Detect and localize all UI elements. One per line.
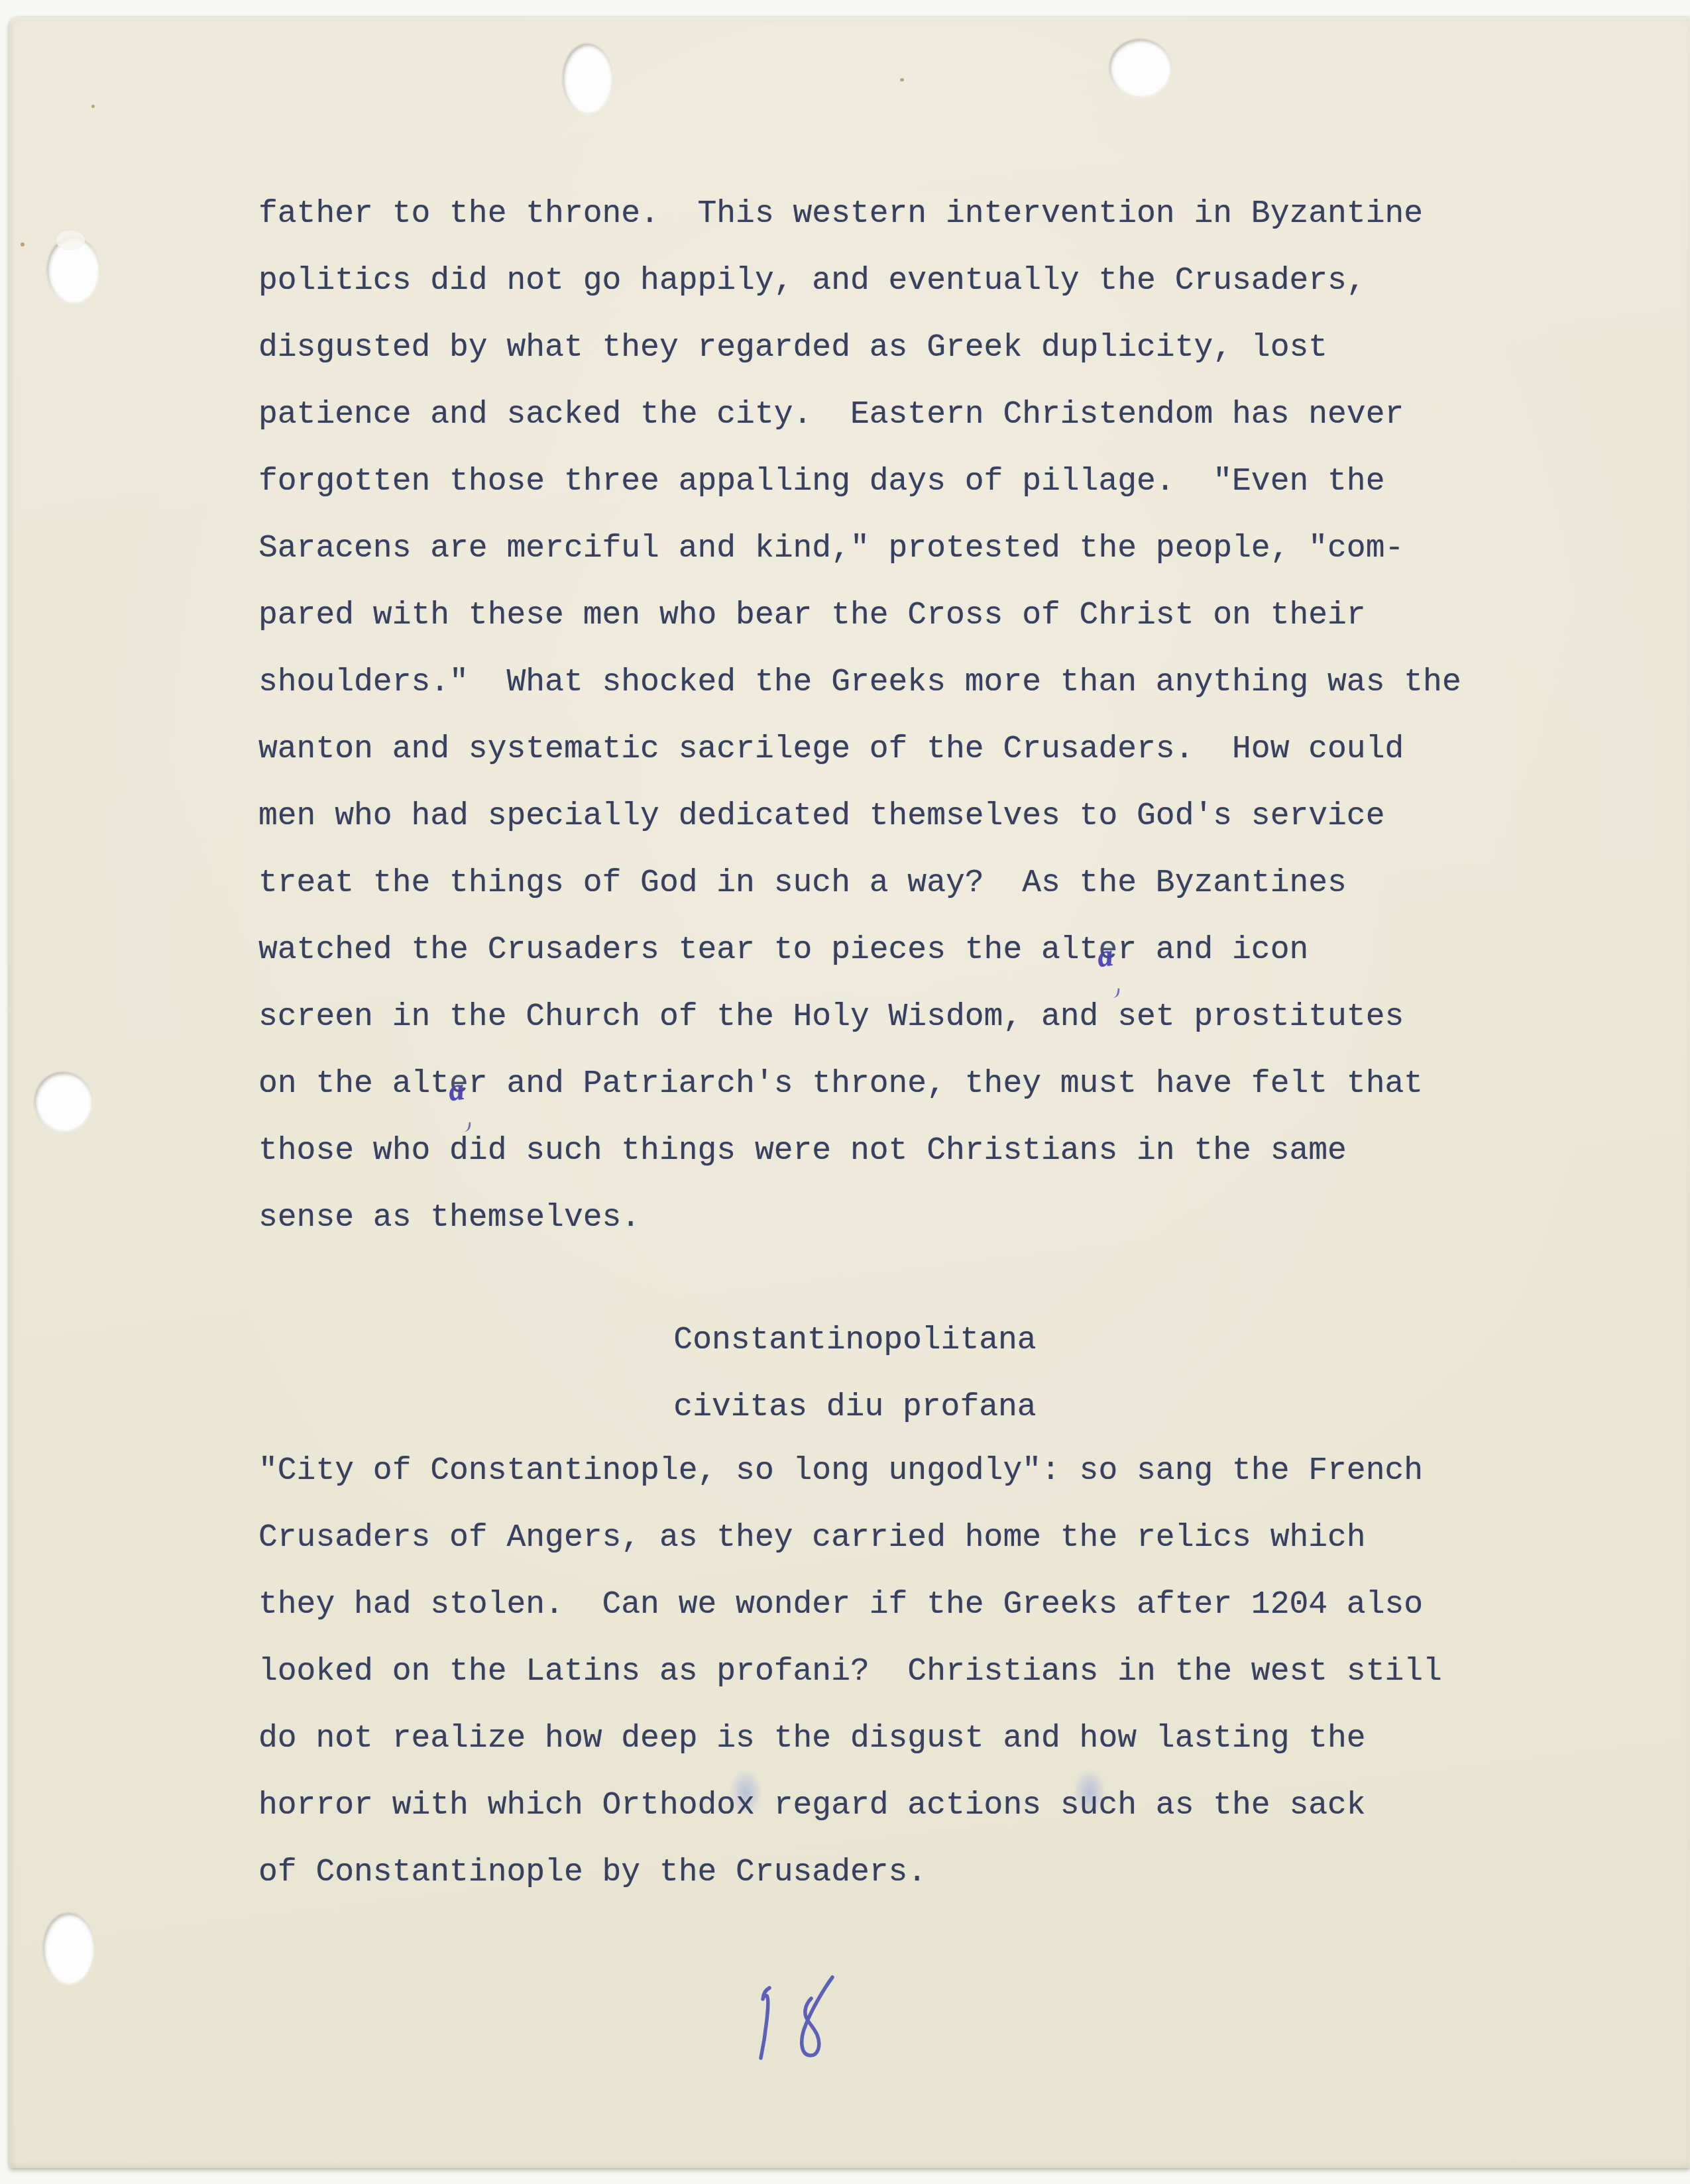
- paper-speck: [21, 243, 25, 246]
- typewritten-line: Crusaders of Angers, as they carried hom…: [258, 1505, 1518, 1572]
- typewritten-line: of Constantinople by the Crusaders.: [258, 1839, 1518, 1906]
- typewritten-line: disgusted by what they regarded as Greek…: [258, 315, 1518, 382]
- ink-retouched-character: x: [736, 1773, 755, 1839]
- handwritten-page-number: [742, 1961, 855, 2077]
- typewritten-line: watched the Crusaders tear to pieces the…: [258, 917, 1518, 984]
- typewritten-line: men who had specially dedicated themselv…: [258, 783, 1518, 850]
- typewritten-line: patience and sacked the city. Eastern Ch…: [258, 382, 1518, 449]
- paragraph-1: father to the throne. This western inter…: [258, 181, 1518, 1252]
- typewritten-line: father to the throne. This western inter…: [258, 181, 1518, 248]
- paper-speck: [91, 105, 95, 108]
- typewritten-line: politics did not go happily, and eventua…: [258, 248, 1518, 315]
- punch-hole-left-middle: [34, 1072, 91, 1130]
- typewritten-line: shoulders." What shocked the Greeks more…: [258, 649, 1518, 716]
- document-page: father to the throne. This western inter…: [9, 17, 1690, 2168]
- typewritten-line: wanton and systematic sacrilege of the C…: [258, 716, 1518, 783]
- typewritten-line: those who did such things were not Chris…: [258, 1118, 1518, 1185]
- typewritten-line: they had stolen. Can we wonder if the Gr…: [258, 1572, 1518, 1639]
- typewritten-line: sense as themselves.: [258, 1185, 1518, 1252]
- latin-quote: Constantinopolitanacivitas diu profana: [239, 1307, 1471, 1441]
- ink-retouched-character: u: [1080, 1773, 1099, 1839]
- handwritten-correction: ea: [449, 1051, 469, 1118]
- typewritten-line: on the altear and Patriarch's throne, th…: [258, 1051, 1518, 1118]
- punch-hole-top-right: [1109, 39, 1170, 96]
- paragraph-2: "City of Constantinople, so long ungodly…: [258, 1438, 1518, 1906]
- typewritten-line: screen in the Church of the Holy Wisdom,…: [258, 984, 1518, 1051]
- typewritten-line: horror with which Orthodox regard action…: [258, 1773, 1518, 1839]
- digit-8-stroke: [802, 1977, 832, 2055]
- typewritten-line: do not realize how deep is the disgust a…: [258, 1706, 1518, 1773]
- typewritten-line: civitas diu profana: [239, 1374, 1471, 1441]
- paper-speck: [900, 78, 904, 82]
- punch-hole-left-upper: [47, 237, 99, 302]
- typewritten-line: Constantinopolitana: [239, 1307, 1471, 1374]
- punch-hole-bottom-left: [43, 1913, 93, 1983]
- typewritten-line: Saracens are merciful and kind," protest…: [258, 516, 1518, 582]
- typewritten-line: looked on the Latins as profani? Christi…: [258, 1639, 1518, 1706]
- handwritten-correction: ea: [1098, 917, 1117, 984]
- typewritten-line: forgotten those three appalling days of …: [258, 449, 1518, 516]
- digit-1-stroke: [761, 1988, 769, 2058]
- scan-background: father to the throne. This western inter…: [0, 0, 1690, 2184]
- typewritten-line: treat the things of God in such a way? A…: [258, 850, 1518, 917]
- typewritten-line: pared with these men who bear the Cross …: [258, 582, 1518, 649]
- typewritten-line: "City of Constantinople, so long ungodly…: [258, 1438, 1518, 1505]
- punch-hole-top-left: [563, 44, 612, 113]
